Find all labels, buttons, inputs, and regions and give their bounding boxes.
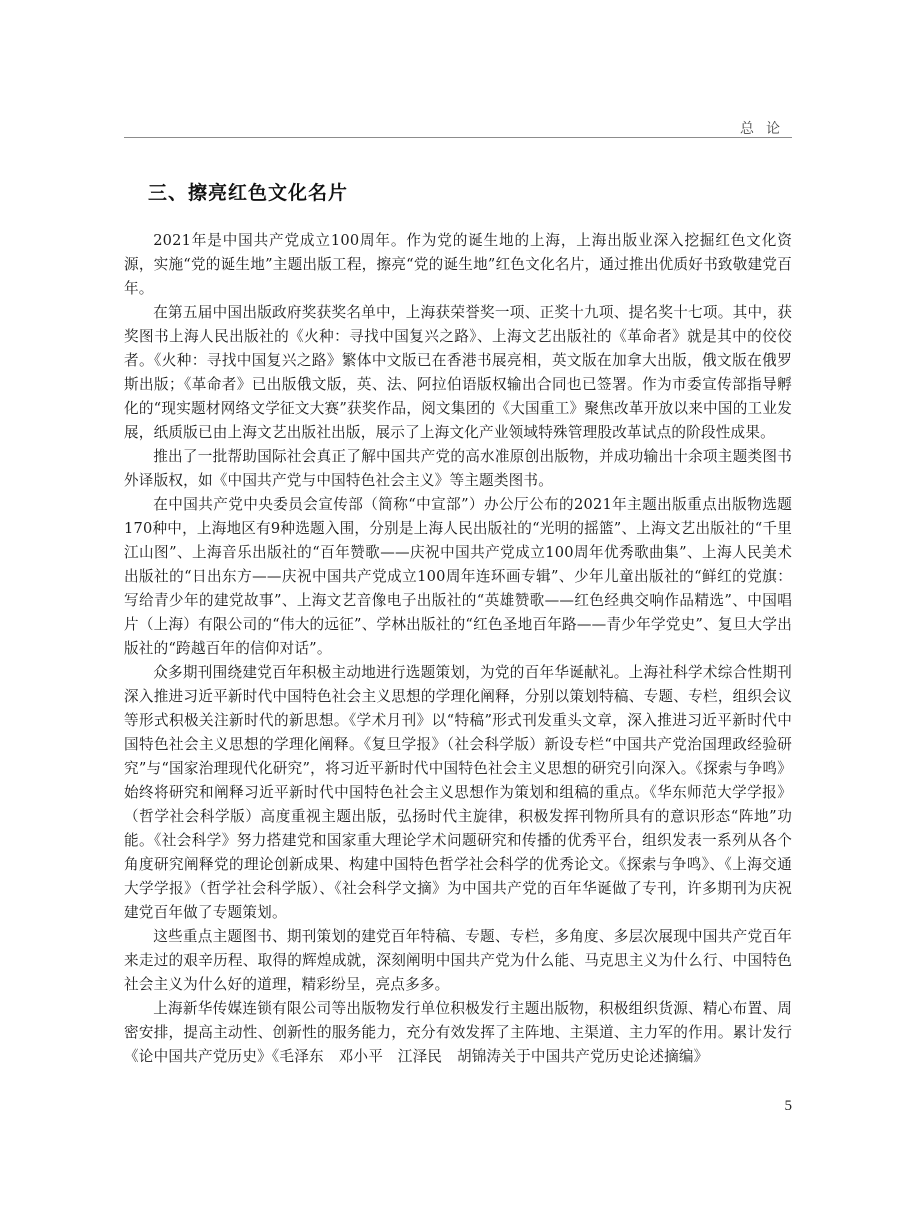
header-rule [124,137,792,138]
page-number: 5 [785,1098,793,1115]
paragraph: 在第五届中国出版政府奖获奖名单中，上海获荣誉奖一项、正奖十九项、提名奖十七项。其… [124,301,792,445]
paragraph: 在中国共产党中央委员会宣传部（简称“中宣部”）办公厅公布的2021年主题出版重点… [124,493,792,661]
section-title: 三、擦亮红色文化名片 [148,178,348,205]
paragraph: 上海新华传媒连锁有限公司等出版物发行单位积极发行主题出版物，积极组织货源、精心布… [124,997,792,1069]
body-text: 2021年是中国共产党成立100周年。作为党的诞生地的上海，上海出版业深入挖掘红… [124,229,792,1069]
paragraph: 2021年是中国共产党成立100周年。作为党的诞生地的上海，上海出版业深入挖掘红… [124,229,792,301]
paragraph: 这些重点主题图书、期刊策划的建党百年特稿、专题、专栏，多角度、多层次展现中国共产… [124,925,792,997]
running-head: 总论 [740,118,792,138]
paragraph: 众多期刊围绕建党百年积极主动地进行选题策划，为党的百年华诞献礼。上海社科学术综合… [124,661,792,925]
paragraph: 推出了一批帮助国际社会真正了解中国共产党的高水准原创出版物，并成功输出十余项主题… [124,445,792,493]
